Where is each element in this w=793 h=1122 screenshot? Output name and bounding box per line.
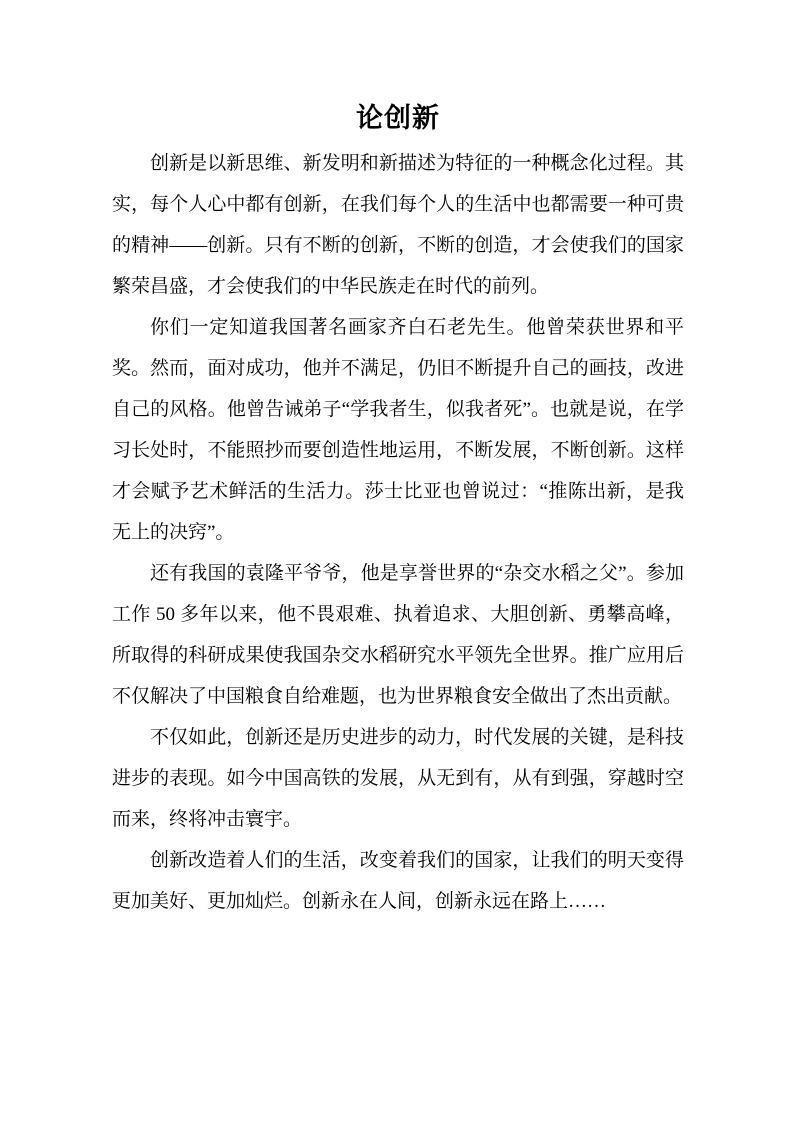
document-title: 论创新 — [112, 96, 684, 141]
paragraph-4: 不仅如此，创新还是历史进步的动力，时代发展的关键，是科技进步的表现。如今中国高铁… — [112, 717, 684, 840]
document-body: 创新是以新思维、新发明和新描述为特征的一种概念化过程。其实，每个人心中都有创新，… — [112, 143, 684, 922]
paragraph-2: 你们一定知道我国著名画家齐白石老先生。他曾荣获世界和平奖。然而，面对成功，他并不… — [112, 307, 684, 553]
document-content: 论创新 创新是以新思维、新发明和新描述为特征的一种概念化过程。其实，每个人心中都… — [112, 96, 684, 922]
paragraph-5: 创新改造着人们的生活，改变着我们的国家，让我们的明天变得更加美好、更加灿烂。创新… — [112, 840, 684, 922]
paragraph-1: 创新是以新思维、新发明和新描述为特征的一种概念化过程。其实，每个人心中都有创新，… — [112, 143, 684, 307]
paragraph-3: 还有我国的袁隆平爷爷，他是享誉世界的“杂交水稻之父”。参加工作 50 多年以来，… — [112, 553, 684, 717]
document-page: 论创新 创新是以新思维、新发明和新描述为特征的一种概念化过程。其实，每个人心中都… — [0, 0, 793, 1122]
